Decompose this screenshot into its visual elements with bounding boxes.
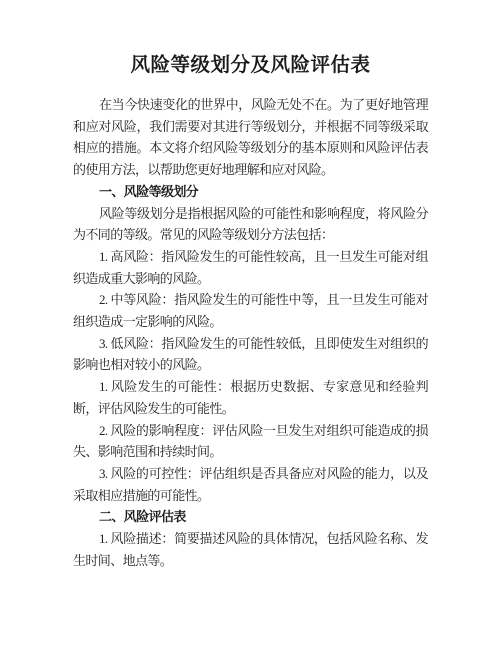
- document-page: 风险等级划分及风险评估表 在当今快速变化的世界中，风险无处不在。为了更好地管理和…: [0, 0, 500, 647]
- list-item-high-risk: 1. 高风险：指风险发生的可能性较高，且一旦发生可能对组织造成重大影响的风险。: [73, 246, 428, 289]
- section-heading-risk-assessment-table: 二、风险评估表: [73, 506, 428, 528]
- list-item-risk-impact: 2. 风险的影响程度：评估风险一旦发生对组织可能造成的损失、影响范围和持续时间。: [73, 420, 428, 463]
- document-title: 风险等级划分及风险评估表: [73, 52, 428, 80]
- list-item-medium-risk: 2. 中等风险：指风险发生的可能性中等，且一旦发生可能对组织造成一定影响的风险。: [73, 289, 428, 332]
- list-item-risk-likelihood: 1. 风险发生的可能性：根据历史数据、专家意见和经验判断，评估风险发生的可能性。: [73, 376, 428, 419]
- list-item-risk-controllability: 3. 风险的可控性：评估组织是否具备应对风险的能力，以及采取相应措施的可能性。: [73, 463, 428, 506]
- paragraph-risk-level-definition: 风险等级划分是指根据风险的可能性和影响程度，将风险分为不同的等级。常见的风险等级…: [73, 203, 428, 246]
- section-heading-risk-levels: 一、风险等级划分: [73, 181, 428, 203]
- paragraph-intro: 在当今快速变化的世界中，风险无处不在。为了更好地管理和应对风险，我们需要对其进行…: [73, 94, 428, 181]
- list-item-low-risk: 3. 低风险：指风险发生的可能性较低，且即使发生对组织的影响也相对较小的风险。: [73, 333, 428, 376]
- list-item-risk-description: 1. 风险描述：简要描述风险的具体情况，包括风险名称、发生时间、地点等。: [73, 528, 428, 571]
